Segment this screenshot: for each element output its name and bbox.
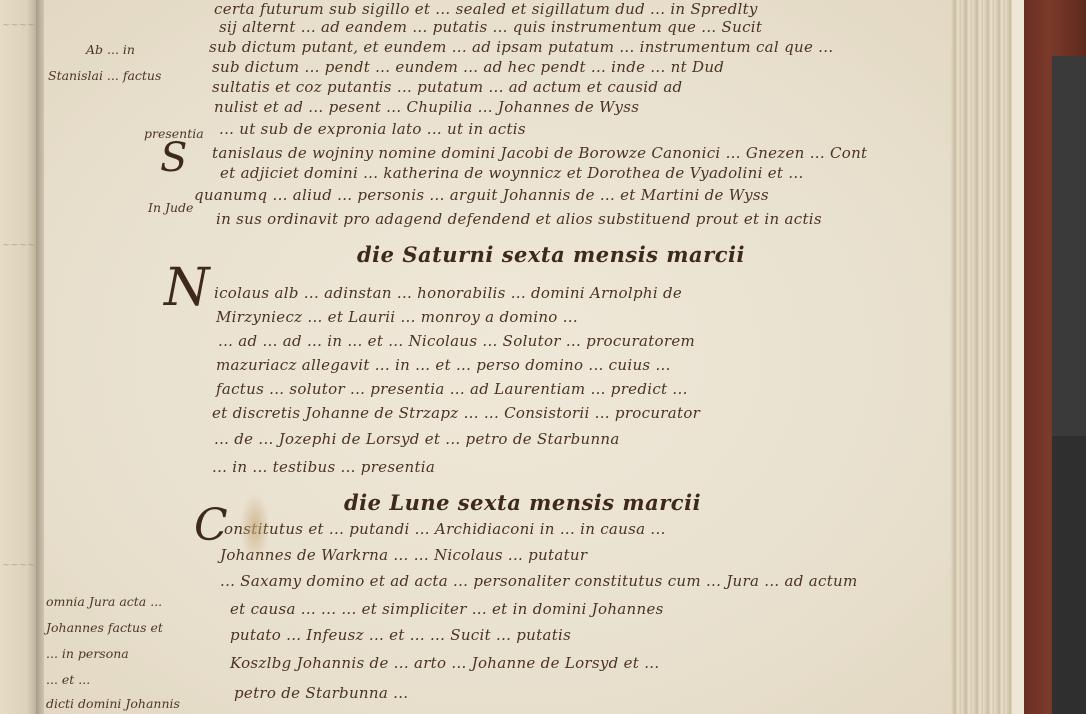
margin-note: ... et ...	[46, 672, 90, 687]
date-heading: die Saturni sexta mensis marcii	[357, 242, 745, 267]
text-line: ... ut sub de expronia lato ... ut in ac…	[219, 120, 526, 138]
date-heading: die Lune sexta mensis marcii	[344, 490, 701, 515]
text-line: ... in ... testibus ... presentia	[212, 458, 435, 476]
text-line: in sus ordinavit pro adagend defendend e…	[216, 210, 822, 228]
decorated-initial: S	[160, 135, 187, 181]
faint-text: ~~~~~	[2, 560, 38, 571]
faint-text: ~~~~~	[2, 240, 38, 251]
text-line: onstitutus et ... putandi ... Archidiaco…	[224, 520, 666, 538]
text-line: petro de Starbunna ...	[234, 684, 408, 702]
margin-note: Stanislai ... factus	[48, 68, 161, 83]
cover-board	[1052, 436, 1086, 714]
margin-note: omnia Jura acta ...	[46, 594, 162, 609]
text-line: Johannes de Warkrna ... ... Nicolaus ...…	[220, 546, 587, 564]
text-line: Koszlbg Johannis de ... arto ... Johanne…	[230, 654, 659, 672]
text-line: et adjiciet domini ... katherina de woyn…	[220, 164, 804, 182]
ink-stain	[240, 492, 270, 562]
text-line: sultatis et coz putantis ... putatum ...…	[212, 78, 682, 96]
facing-page-edge: ~~~~~ ~~~~~ ~~~~~	[0, 0, 38, 714]
text-line: nulist et ad ... pesent ... Chupilia ...…	[214, 98, 639, 116]
margin-note: dicti domini Johannis	[46, 696, 180, 711]
text-line: sub dictum ... pendt ... eundem ... ad h…	[212, 58, 724, 76]
text-line: ... Saxamy domino et ad acta ... persona…	[220, 572, 858, 590]
text-line: factus ... solutor ... presentia ... ad …	[216, 380, 688, 398]
text-line: Mirzyniecz ... et Laurii ... monroy a do…	[216, 308, 578, 326]
text-line: sij alternt ... ad eandem ... putatis ..…	[219, 18, 762, 36]
manuscript-page: certa futurum sub sigillo et ... sealed …	[44, 0, 960, 714]
text-line: et causa ... ... ... et simpliciter ... …	[230, 600, 664, 618]
decorated-initial: C	[194, 500, 228, 551]
text-line: putato ... Infeusz ... et ... ... Sucit …	[230, 626, 571, 644]
margin-note: Johannes factus et	[46, 620, 163, 635]
text-line: et discretis Johanne de Strzapz ... ... …	[212, 404, 700, 422]
text-line: ... ad ... ad ... in ... et ... Nicolaus…	[218, 332, 695, 350]
margin-note: ... in persona	[46, 646, 129, 661]
decorated-initial: N	[164, 258, 210, 318]
margin-note: In Jude	[148, 200, 193, 215]
margin-note: presentia	[144, 126, 204, 141]
faint-text: ~~~~~	[2, 20, 38, 31]
text-line: ... de ... Jozephi de Lorsyd et ... petr…	[214, 430, 620, 448]
cover-board	[1052, 56, 1086, 436]
text-line: sub dictum putant, et eundem ... ad ipsa…	[209, 38, 833, 56]
text-line: certa futurum sub sigillo et ... sealed …	[214, 0, 758, 18]
text-line: icolaus alb ... adinstan ... honorabilis…	[214, 284, 682, 302]
text-line: mazuriacz allegavit ... in ... et ... pe…	[216, 356, 671, 374]
text-line: quanumq ... aliud ... personis ... argui…	[194, 186, 769, 204]
margin-note: Ab ... in	[86, 42, 135, 57]
text-line: tanislaus de wojniny nomine domini Jacob…	[212, 144, 867, 162]
